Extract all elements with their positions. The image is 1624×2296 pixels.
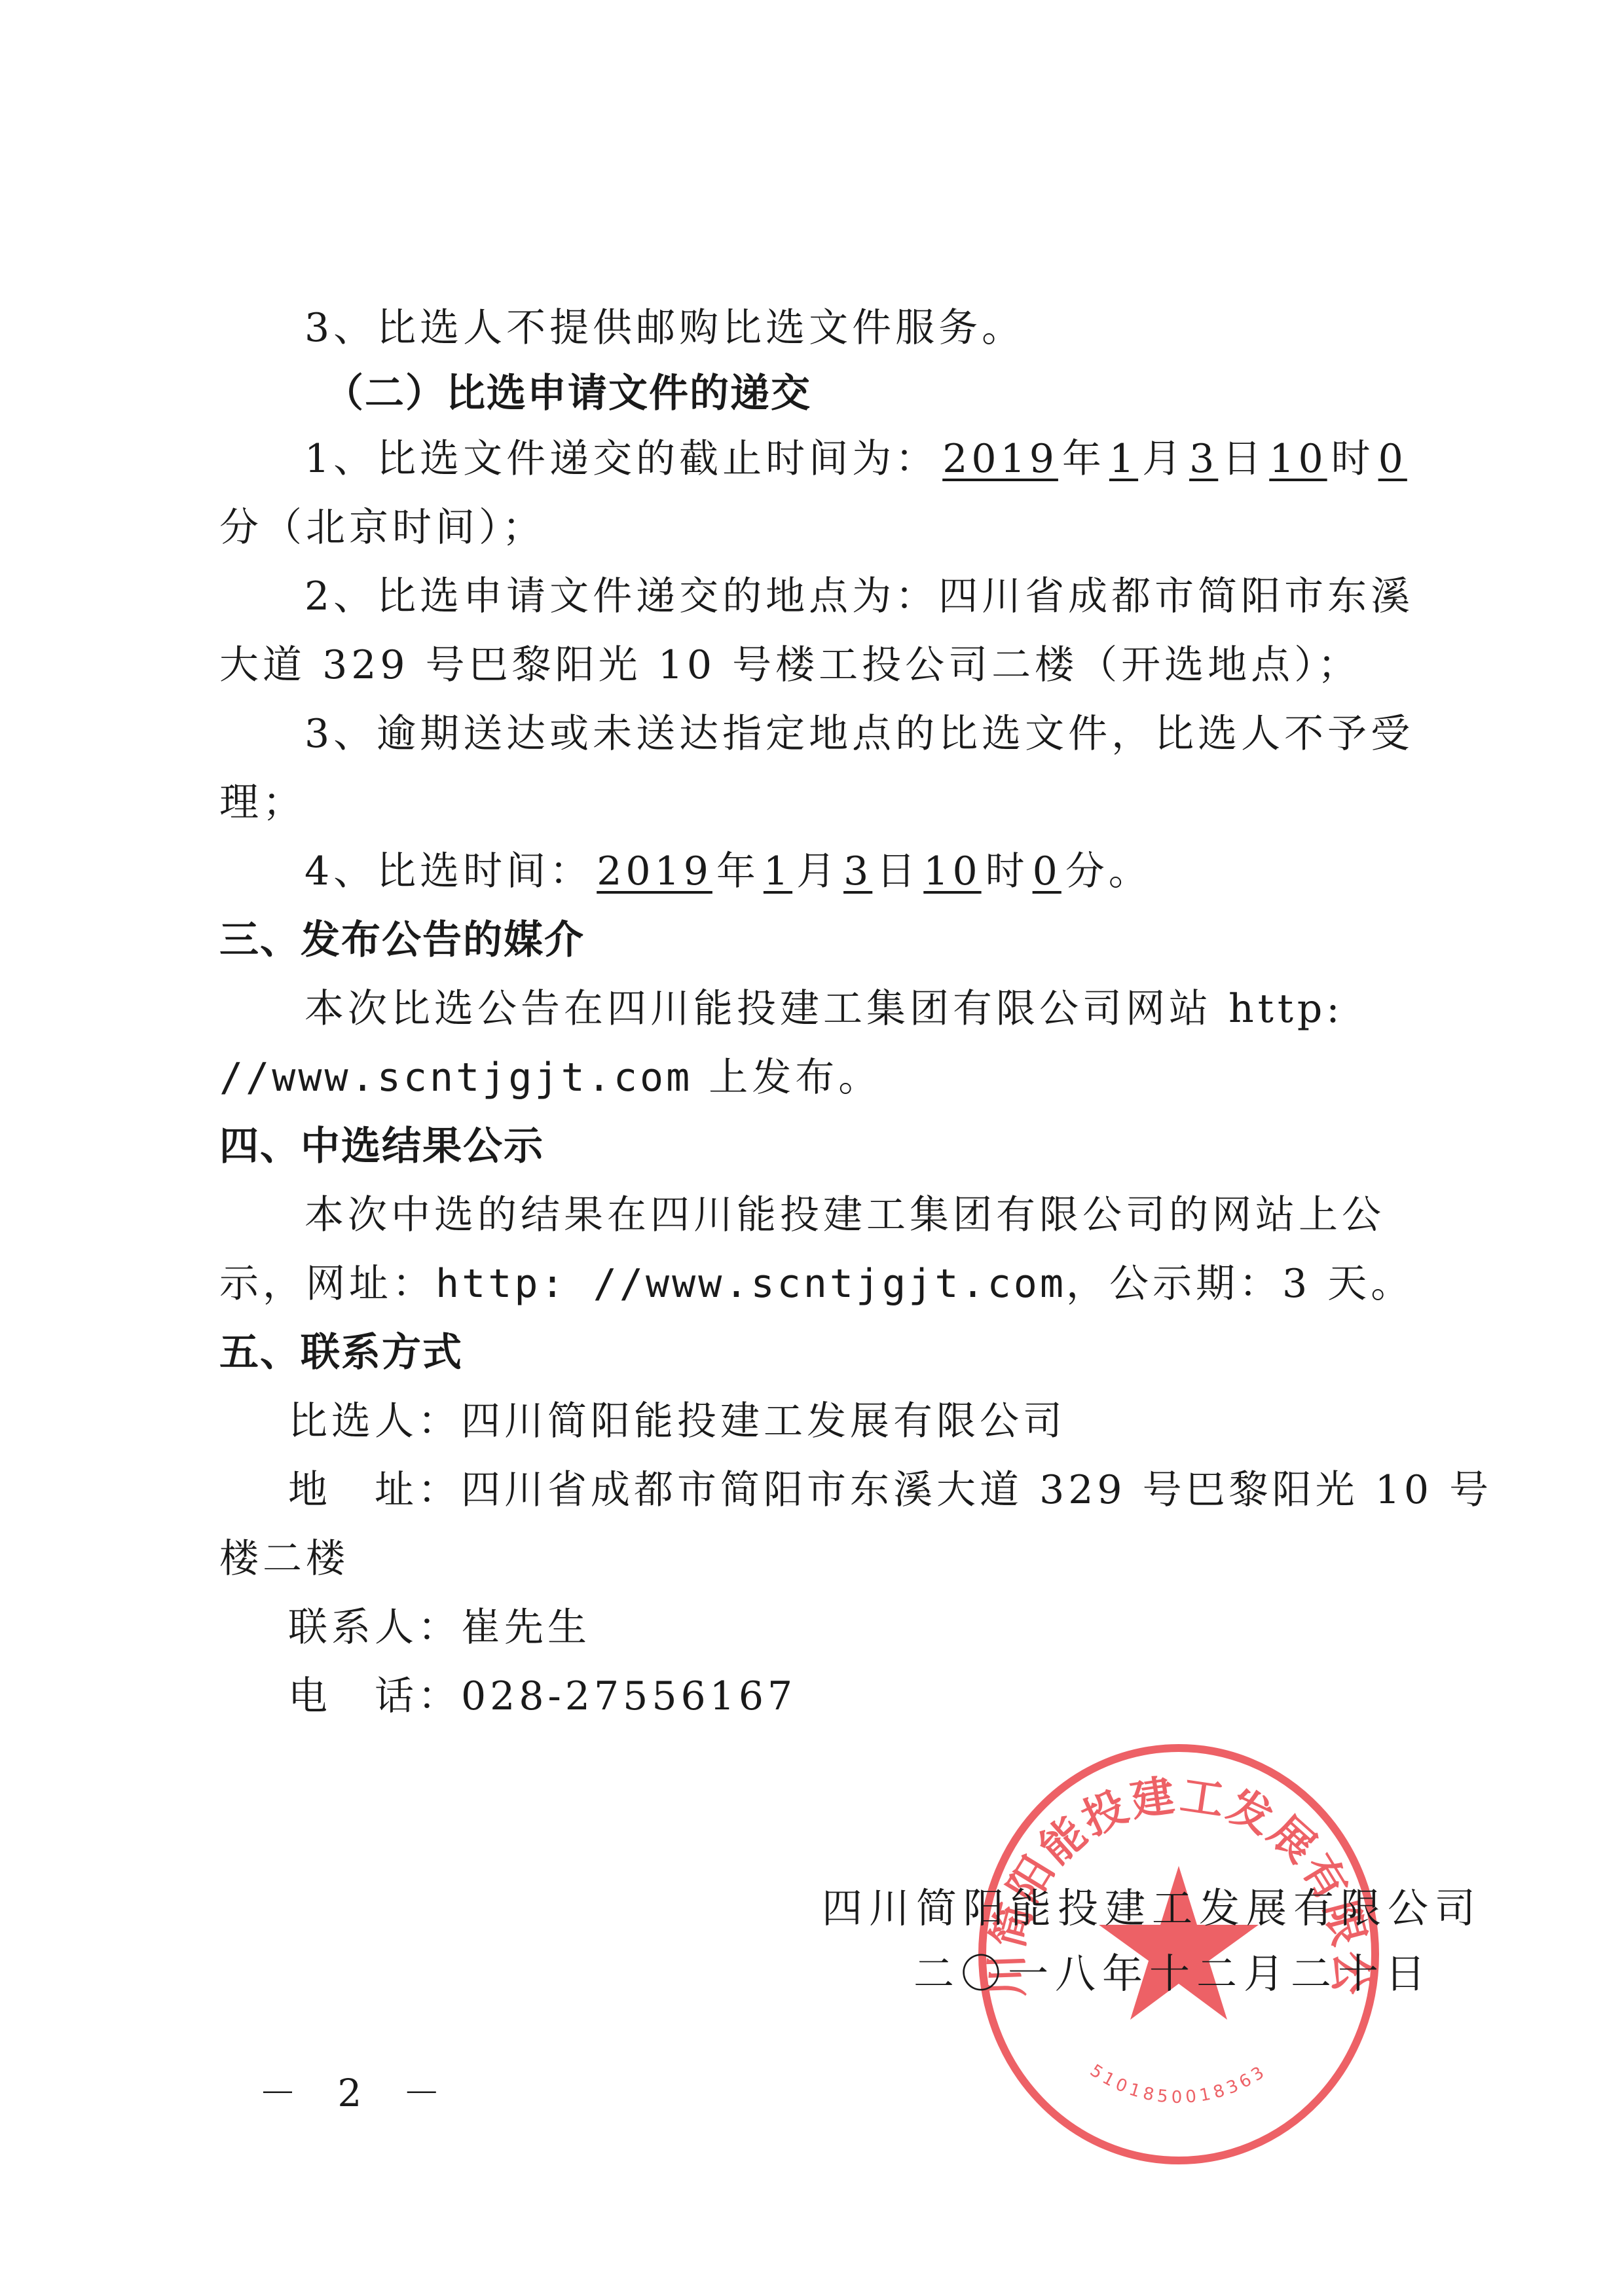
item-late-line1: 3、逾期送达或未送达指定地点的比选文件，比选人不予受 (304, 710, 1414, 757)
deadline-minute: 0 (1375, 436, 1411, 482)
deadline-month: 1 (1105, 436, 1142, 482)
selection-minute: 0 (1029, 848, 1065, 894)
media-line1: 本次比选公告在四川能投建工集团有限公司网站 http: (304, 985, 1344, 1032)
section-title-media: 三、发布公告的媒介 (219, 917, 585, 964)
item-no-mail-order: 3、比选人不提供邮购比选文件服务。 (304, 304, 1025, 352)
media-line2: //www.scntjgjt.com 上发布。 (219, 1054, 881, 1101)
signature-company: 四川简阳能投建工发展有限公司 (822, 1876, 1482, 1934)
selection-day: 3 (840, 848, 876, 894)
contact-selector: 比选人：四川简阳能投建工发展有限公司 (288, 1398, 1066, 1445)
svg-text:5101850018363: 5101850018363 (1086, 2061, 1271, 2107)
selection-hour: 10 (919, 848, 985, 894)
results-website-link[interactable]: http: //www.scntjgjt.com (435, 1261, 1066, 1307)
deadline-year: 2019 (938, 436, 1062, 482)
contact-address-line2: 楼二楼 (219, 1535, 349, 1582)
section-title-contact: 五、联系方式 (219, 1329, 463, 1376)
section-title-results: 四、中选结果公示 (219, 1123, 544, 1170)
item-location-line2: 大道 329 号巴黎阳光 10 号楼工投公司二楼（开选地点）； (219, 642, 1361, 689)
signature-date: 二〇一八年十二月二十日 (913, 1941, 1432, 1999)
results-line2: 示，网址：http: //www.scntjgjt.com，公示期：3 天。 (219, 1260, 1414, 1307)
selection-month: 1 (760, 848, 796, 894)
item-deadline: 1、比选文件递交的截止时间为：2019年1月3日10时0 (304, 435, 1411, 483)
selection-year: 2019 (593, 848, 716, 894)
contact-address-line1: 地 址：四川省成都市简阳市东溪大道 329 号巴黎阳光 10 号 (288, 1467, 1492, 1514)
document-page: 3、比选人不提供邮购比选文件服务。 （二）比选申请文件的递交 1、比选文件递交的… (0, 0, 1624, 2296)
contact-phone: 电 话：028-27556167 (288, 1673, 796, 1720)
deadline-hour: 10 (1265, 436, 1331, 482)
results-line1: 本次中选的结果在四川能投建工集团有限公司的网站上公 (304, 1192, 1385, 1239)
item-late-line2: 理； (219, 779, 306, 826)
website-link[interactable]: //www.scntjgjt.com (219, 1055, 692, 1101)
page-number: － 2 － (259, 2062, 455, 2117)
subsection-title-submission: （二）比选申请文件的递交 (324, 370, 811, 417)
item-location-line1: 2、比选申请文件递交的地点为：四川省成都市简阳市东溪 (304, 573, 1414, 620)
contact-person: 联系人：崔先生 (288, 1604, 591, 1651)
item-selection-time: 4、比选时间：2019年1月3日10时0分。 (304, 848, 1152, 895)
item-deadline-cont: 分（北京时间）； (219, 504, 545, 551)
deadline-day: 3 (1185, 436, 1222, 482)
